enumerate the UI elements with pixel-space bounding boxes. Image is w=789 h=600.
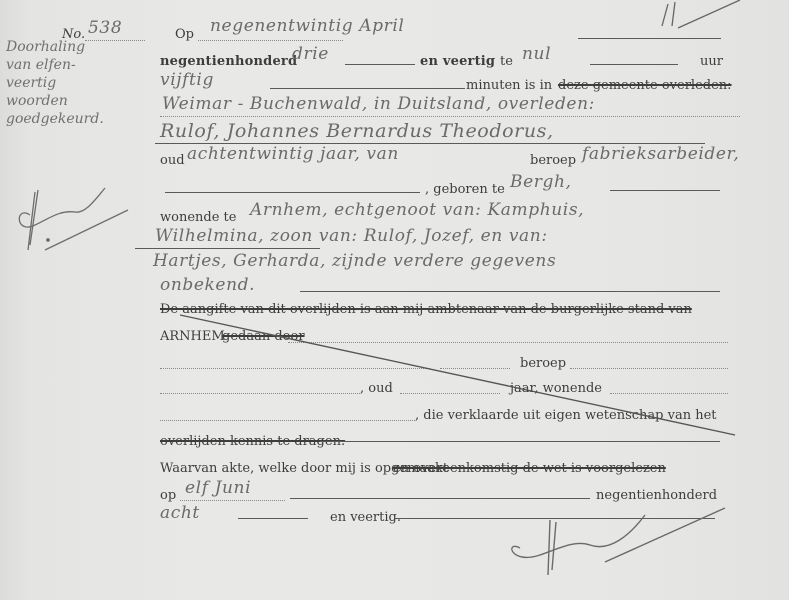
civil-death-record-page: No. 538 Doorhaling van elfen-veertig woo… [0, 0, 789, 600]
diagonal-strike-line [180, 315, 735, 435]
signature-left-icon [19, 188, 128, 250]
initials-top-icon [662, 0, 740, 28]
signature-right-icon [512, 508, 725, 575]
strike-and-signature-layer [0, 0, 789, 600]
